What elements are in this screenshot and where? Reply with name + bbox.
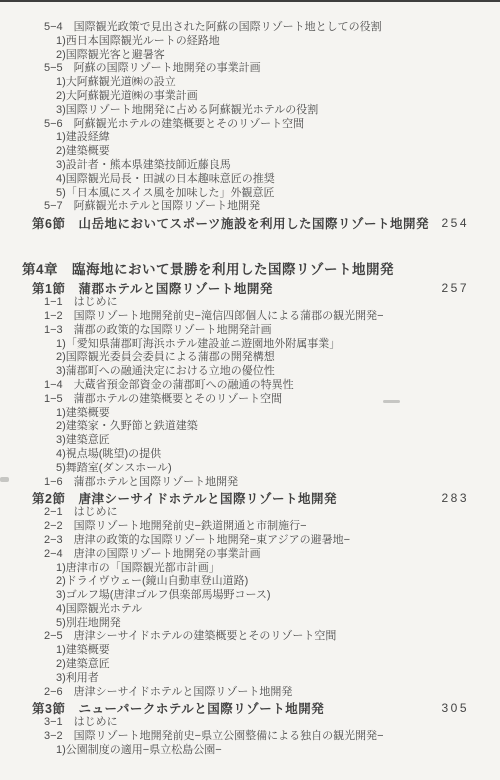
toc-entry-text: 1)唐津市の「国際観光都市計画」 [56,562,220,574]
toc-entry-text: 2)国際観光客と避暑客 [56,49,165,61]
toc-entry-text: 1)建築概要 [56,644,110,656]
toc-subsection-entry: 1−2 国際リゾート地開発前史−滝信四郎個人による蒲郡の観光開発− [44,310,500,324]
toc-entry-text: 3−2 国際リゾート地開発前史−県立公園整備による独自の観光開発− [44,730,384,742]
toc-item-entry: 5)別荘地開発 [56,617,500,631]
toc-subsection-entry: 3−2 国際リゾート地開発前史−県立公園整備による独自の観光開発− [44,730,500,744]
toc-entry-text: 1)「愛知県蒲郡町海浜ホテル建設並ニ遊園地外附属事業」 [56,338,340,350]
toc-entry-text: 2−3 唐津の政策的な国際リゾート地開発−東アジアの避暑地− [44,534,350,546]
toc-item-entry: 2)ドライヴウェー(鏡山自動車登山道路) [56,575,500,589]
toc-entry-text: 2)建築家・久野節と鉄道建築 [56,420,198,432]
toc-entry-text: 5)「日本風にスイス風を加味した」外観意匠 [56,187,274,199]
toc-entry-text: 1−3 蒲郡の政策的な国際リゾート地開発計画 [44,324,272,336]
toc-entry-text: 4)国際観光局長・田誠の日本趣味意匠の推奨 [56,173,275,185]
toc-entry-text: 1)大阿蘇観光道㈱の設立 [56,76,176,88]
toc-chapter-entry: 第4章 臨海地において景勝を利用した国際リゾート地開発 [22,261,500,279]
toc-lines: 5−4 国際観光政策で見出された阿蘇の国際リゾート地としての役割1)西日本国際観… [0,21,500,758]
toc-item-entry: 3)蒲郡町への融通決定における立地の優位性 [56,365,500,379]
toc-entry-text: 2)大阿蘇観光道㈱の事業計画 [56,90,198,102]
toc-item-entry: 2)建築概要 [56,145,500,159]
toc-item-entry: 1)西日本国際観光ルートの経路地 [56,35,500,49]
toc-entry-text: 1−5 蒲郡ホテルの建築概要とそのリゾート空間 [44,393,282,405]
toc-entry-text: 1−2 国際リゾート地開発前史−滝信四郎個人による蒲郡の観光開発− [44,310,384,322]
toc-entry-text: 3)利用者 [56,672,99,684]
toc-item-entry: 1)大阿蘇観光道㈱の設立 [56,76,500,90]
page-number: 305 [441,701,469,715]
toc-entry-text: 1)建設経緯 [56,131,110,143]
toc-entry-text: 4)視点場(眺望)の提供 [56,448,161,460]
toc-entry-text: 第1節 蒲郡ホテルと国際リゾート地開発 [32,279,273,297]
toc-entry-text: 3)ゴルフ場(唐津ゴルフ倶楽部馬場野コース) [56,589,271,601]
toc-item-entry: 2)国際観光委員会委員による蒲郡の開発構想 [56,351,500,365]
toc-entry-text: 2)国際観光委員会委員による蒲郡の開発構想 [56,351,275,363]
toc-entry-text: 3)建築意匠 [56,434,110,446]
toc-entry-text: 2)建築意匠 [56,658,110,670]
page-number: 254 [441,216,469,230]
toc-entry-text: 5−7 阿蘇観光ホテルと国際リゾート地開発 [44,200,260,212]
toc-entry-text: 第4章 臨海地において景勝を利用した国際リゾート地開発 [22,262,394,277]
toc-entry-text: 第6節 山岳地においてスポーツ施設を利用した国際リゾート地開発 [32,214,429,232]
toc-entry-text: 1)建築概要 [56,407,110,419]
toc-entry-text: 3)設計者・熊本県建築技師近藤良馬 [56,159,231,171]
toc-entry-text: 3)蒲郡町への融通決定における立地の優位性 [56,365,275,377]
toc-item-entry: 3)建築意匠 [56,434,500,448]
toc-subsection-entry: 1−1 はじめに [44,296,500,310]
toc-subsection-entry: 3−1 はじめに [44,716,500,730]
toc-subsection-entry: 5−5 阿蘇の国際リゾート地開発の事業計画 [44,62,500,76]
toc-subsection-entry: 2−4 唐津の国際リゾート地開発の事業計画 [44,548,500,562]
toc-item-entry: 1)「愛知県蒲郡町海浜ホテル建設並ニ遊園地外附属事業」 [56,338,500,352]
toc-entry-text: 2−6 唐津シーサイドホテルと国際リゾート地開発 [44,686,292,698]
toc-entry-text: 第2節 唐津シーサイドホテルと国際リゾート地開発 [32,489,337,507]
toc-item-entry: 3)ゴルフ場(唐津ゴルフ倶楽部馬場野コース) [56,589,500,603]
toc-entry-text: 3−1 はじめに [44,716,118,728]
toc-entry-text: 1)公園制度の適用−県立松島公園− [56,744,222,756]
toc-page: 5−4 国際観光政策で見出された阿蘇の国際リゾート地としての役割1)西日本国際観… [0,0,500,780]
toc-subsection-entry: 5−7 阿蘇観光ホテルと国際リゾート地開発 [44,200,500,214]
toc-item-entry: 1)建設経緯 [56,131,500,145]
section-gap [0,231,500,261]
toc-entry-text: 5−6 阿蘇観光ホテルの建築概要とそのリゾート空間 [44,118,304,130]
toc-item-entry: 4)視点場(眺望)の提供 [56,448,500,462]
toc-subsection-entry: 5−4 国際観光政策で見出された阿蘇の国際リゾート地としての役割 [44,21,500,35]
toc-item-entry: 4)国際観光ホテル [56,603,500,617]
toc-section-entry: 第1節 蒲郡ホテルと国際リゾート地開発257 [32,279,467,296]
toc-subsection-entry: 5−6 阿蘇観光ホテルの建築概要とそのリゾート空間 [44,118,500,132]
toc-item-entry: 1)公園制度の適用−県立松島公園− [56,744,500,758]
toc-section-entry: 第3節 ニューパークホテルと国際リゾート地開発305 [32,699,467,716]
toc-item-entry: 1)建築概要 [56,644,500,658]
toc-subsection-entry: 2−5 唐津シーサイドホテルの建築概要とそのリゾート空間 [44,630,500,644]
toc-item-entry: 2)国際観光客と避暑客 [56,49,500,63]
toc-item-entry: 5)舞踏室(ダンスホール) [56,462,500,476]
toc-entry-text: 2−5 唐津シーサイドホテルの建築概要とそのリゾート空間 [44,630,336,642]
toc-entry-text: 2)ドライヴウェー(鏡山自動車登山道路) [56,575,248,587]
toc-item-entry: 2)建築意匠 [56,658,500,672]
toc-entry-text: 1−4 大蔵省預金部資金の蒲郡町への融通の特異性 [44,379,294,391]
toc-entry-text: 5)舞踏室(ダンスホール) [56,462,172,474]
toc-section-entry: 第6節 山岳地においてスポーツ施設を利用した国際リゾート地開発254 [32,214,467,231]
toc-entry-text: 5)別荘地開発 [56,617,121,629]
scan-edge-top [0,0,500,2]
toc-item-entry: 3)国際リゾート地開発に占める阿蘇観光ホテルの役割 [56,104,500,118]
scan-artifact [0,477,9,482]
toc-item-entry: 1)唐津市の「国際観光都市計画」 [56,562,500,576]
toc-item-entry: 3)利用者 [56,672,500,686]
toc-item-entry: 1)建築概要 [56,407,500,421]
toc-entry-text: 4)国際観光ホテル [56,603,142,615]
toc-entry-text: 2)建築概要 [56,145,110,157]
toc-subsection-entry: 1−5 蒲郡ホテルの建築概要とそのリゾート空間 [44,393,500,407]
toc-entry-text: 3)国際リゾート地開発に占める阿蘇観光ホテルの役割 [56,104,318,116]
toc-entry-text: 2−4 唐津の国際リゾート地開発の事業計画 [44,548,261,560]
toc-entry-text: 1)西日本国際観光ルートの経路地 [56,35,220,47]
toc-item-entry: 3)設計者・熊本県建築技師近藤良馬 [56,159,500,173]
toc-entry-text: 5−5 阿蘇の国際リゾート地開発の事業計画 [44,62,261,74]
toc-section-entry: 第2節 唐津シーサイドホテルと国際リゾート地開発283 [32,489,467,506]
toc-item-entry: 2)建築家・久野節と鉄道建築 [56,420,500,434]
toc-entry-text: 1−1 はじめに [44,296,118,308]
toc-subsection-entry: 1−4 大蔵省預金部資金の蒲郡町への融通の特異性 [44,379,500,393]
toc-subsection-entry: 2−6 唐津シーサイドホテルと国際リゾート地開発 [44,686,500,700]
scan-artifact [383,400,400,403]
page-number: 257 [441,281,469,295]
toc-subsection-entry: 2−1 はじめに [44,506,500,520]
toc-entry-text: 2−1 はじめに [44,506,118,518]
toc-item-entry: 5)「日本風にスイス風を加味した」外観意匠 [56,187,500,201]
toc-entry-text: 第3節 ニューパークホテルと国際リゾート地開発 [32,699,324,717]
toc-entry-text: 5−4 国際観光政策で見出された阿蘇の国際リゾート地としての役割 [44,21,382,33]
toc-entry-text: 1−6 蒲郡ホテルと国際リゾート地開発 [44,476,238,488]
toc-subsection-entry: 1−6 蒲郡ホテルと国際リゾート地開発 [44,476,500,490]
toc-subsection-entry: 2−2 国際リゾート地開発前史−鉄道開通と市制施行− [44,520,500,534]
toc-subsection-entry: 2−3 唐津の政策的な国際リゾート地開発−東アジアの避暑地− [44,534,500,548]
toc-subsection-entry: 1−3 蒲郡の政策的な国際リゾート地開発計画 [44,324,500,338]
toc-entry-text: 2−2 国際リゾート地開発前史−鉄道開通と市制施行− [44,520,307,532]
page-number: 283 [441,491,469,505]
toc-item-entry: 4)国際観光局長・田誠の日本趣味意匠の推奨 [56,173,500,187]
toc-item-entry: 2)大阿蘇観光道㈱の事業計画 [56,90,500,104]
